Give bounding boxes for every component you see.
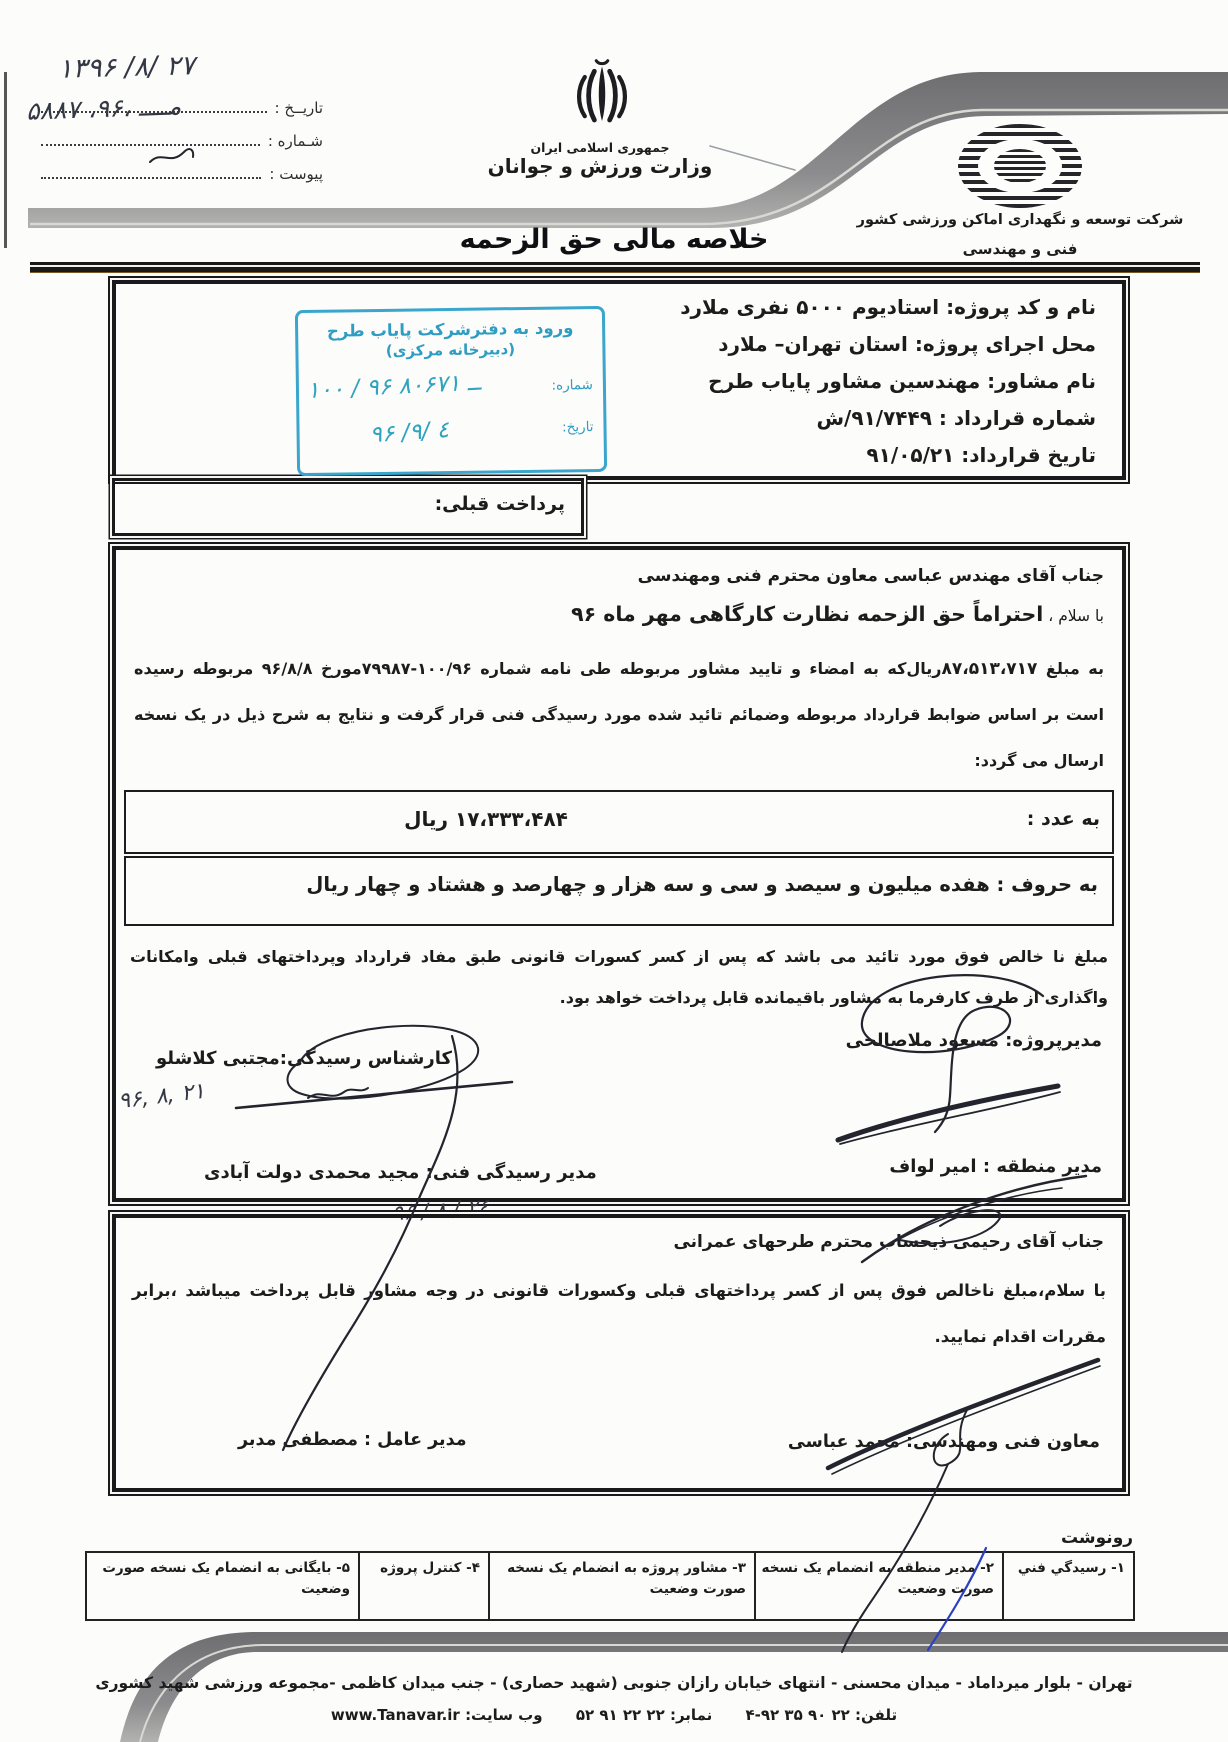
project-name-line: نام و کد پروژه: استادیوم ۵۰۰۰ نفری ملارد bbox=[116, 289, 1122, 326]
amount-words-label: به حروف : bbox=[990, 873, 1098, 896]
finance-addressee: جناب آقای رحیمی ذیحساب محترم طرحهای عمرا… bbox=[673, 1232, 1104, 1252]
title-divider bbox=[30, 262, 1200, 274]
attachment-row: پیوست : bbox=[35, 150, 323, 183]
letter-subject-line: با سلام ، احتراماً حق الزحمه نظارت کارگا… bbox=[571, 602, 1104, 626]
footer-contact: تلفن: ۴-۹۲ ۳۵ ۹۰ ۲۲ نمابر: ۵۲ ۹۱ ۲۲ ۲۲ و… bbox=[164, 1706, 1064, 1724]
ceo-signature-label: مدیر عامل : مصطفی مدبر bbox=[238, 1430, 467, 1450]
footer-web: وب سایت: www.Tanavar.ir bbox=[331, 1706, 543, 1724]
main-letter-box: جناب آقای مهندس عباسی معاون محترم فنی وم… bbox=[112, 546, 1126, 1202]
scan-edge-line bbox=[4, 72, 7, 248]
web-value: www.Tanavar.ir bbox=[331, 1706, 460, 1724]
letter-body: به مبلغ ۸۷،۵۱۳،۷۱۷ریال‌که به امضاء و تای… bbox=[134, 646, 1104, 784]
finance-box: جناب آقای رحیمی ذیحساب محترم طرحهای عمرا… bbox=[112, 1214, 1126, 1492]
review-expert-signature-label: کارشناس رسیدگی:مجتبی کلاشلو bbox=[156, 1048, 452, 1069]
project-info-box: نام و کد پروژه: استادیوم ۵۰۰۰ نفری ملارد… bbox=[112, 280, 1126, 480]
deputy-signature-label: معاون فنی ومهندسی: محمد عباسی bbox=[788, 1432, 1100, 1452]
amount-words-line: به حروف : هفده میلیون و سیصد و سی و سه ه… bbox=[126, 858, 1112, 896]
attachment-label: پیوست : bbox=[269, 165, 323, 183]
pencil-mark bbox=[710, 146, 795, 170]
phone-label: تلفن: bbox=[855, 1706, 897, 1724]
handwritten-date: ۱۳۹۶ /۸/ ۲۷ bbox=[58, 50, 196, 85]
payment-note: مبلغ نا خالص فوق مورد تائید می باشد که پ… bbox=[130, 936, 1108, 1018]
handwritten-number: مــــ ،۹۶، ۵۸۸۷ bbox=[26, 91, 182, 125]
number-label: شـماره : bbox=[268, 132, 323, 150]
footer-fax: نمابر: ۵۲ ۹۱ ۲۲ ۲۲ bbox=[571, 1706, 713, 1724]
ministry-name: وزارت ورزش و جوانان bbox=[480, 154, 720, 178]
attachment-dotted-line bbox=[41, 176, 261, 179]
project-location-line: محل اجرای پروژه: استان تهران– ملارد bbox=[116, 326, 1122, 363]
cc-item-5: ۵- بایگانی به انضمام یک نسخه صورت وضعیت bbox=[87, 1553, 358, 1619]
company-logo-core bbox=[994, 149, 1046, 183]
phone-value: ۴-۹۲ ۳۵ ۹۰ ۲۲ bbox=[746, 1706, 850, 1724]
amount-words-value: هفده میلیون و سیصد و سی و سه هزار و چهار… bbox=[306, 873, 989, 896]
entry-stamp: ورود به دفترشرکت پایاب طرح (دبیرخانه مرک… bbox=[295, 306, 607, 476]
document-title: خلاصه مالی حق الزحمه bbox=[314, 224, 914, 255]
fax-label: نمابر: bbox=[670, 1706, 712, 1724]
project-manager-signature-label: مدیرپروژه: مسعود ملاصالحی bbox=[846, 1030, 1102, 1051]
iran-emblem-icon bbox=[556, 56, 648, 142]
amount-numeric-label: به عدد : bbox=[1027, 808, 1100, 830]
cc-item-4: ۴- کنترل پروژه bbox=[358, 1553, 488, 1619]
fax-value: ۵۲ ۹۱ ۲۲ ۲۲ bbox=[576, 1706, 665, 1724]
web-label: وب سایت: bbox=[465, 1706, 543, 1724]
stamp-line1: ورود به دفترشرکت پایاب طرح bbox=[298, 318, 602, 341]
previous-payment-box: پرداخت قبلی: bbox=[112, 478, 584, 536]
emblem-caption: جمهوری اسلامی ایران bbox=[510, 140, 690, 155]
letter-subject: احتراماً حق الزحمه نظارت کارگاهی مهر ماه… bbox=[571, 602, 1043, 626]
stamp-number-label: شماره: bbox=[551, 377, 593, 394]
date-label: تاریــخ : bbox=[275, 99, 323, 117]
amount-words-box: به حروف : هفده میلیون و سیصد و سی و سه ه… bbox=[124, 856, 1114, 926]
bottom-swoosh-highlight bbox=[140, 1645, 1228, 1742]
company-logo-icon bbox=[958, 124, 1082, 208]
cc-item-3: ۳- مشاور پروژه به انضمام یک نسخه صورت وض… bbox=[488, 1553, 754, 1619]
cc-label: رونوشت bbox=[1032, 1528, 1162, 1548]
region-manager-signature-label: مدیر منطقه : امیر لواف bbox=[889, 1156, 1102, 1177]
finance-body: با سلام،مبلغ ناخالص فوق پس از کسر پرداخت… bbox=[132, 1268, 1106, 1360]
gross-amount-inline: ۸۷،۵۱۳،۷۱۷ bbox=[942, 659, 1038, 679]
footer-phone: تلفن: ۴-۹۲ ۳۵ ۹۰ ۲۲ bbox=[740, 1706, 897, 1724]
letter-addressee: جناب آقای مهندس عباسی معاون محترم فنی وم… bbox=[638, 566, 1104, 586]
number-dotted-line bbox=[41, 143, 260, 146]
contract-date-line: تاریخ قرارداد: ۹۱/۰۵/۲۱ bbox=[116, 437, 1122, 474]
cc-item-2: ۲- مدیر منطقه به انضمام یک نسخه صورت وضع… bbox=[754, 1553, 1002, 1619]
stamp-number-value: ۱۰۰ / ۹۶ ــ ۸۰۶۷۱ bbox=[306, 370, 481, 404]
consultant-name-line: نام مشاور: مهندسین مشاور پایاب طرح bbox=[116, 363, 1122, 400]
stamp-date-label: تاریخ: bbox=[562, 419, 594, 435]
document-page: تاریــخ : شـماره : پیوست : ۱۳۹۶ /۸/ ۲۷ م… bbox=[0, 0, 1228, 1742]
contract-number-line: شماره قرارداد : ۹۱/۷۴۴۹/ش bbox=[116, 400, 1122, 437]
stamp-date-value: ۹۶ /۹/ ٤ bbox=[369, 417, 450, 448]
cc-item-1: ۱- رسیدگي فني bbox=[1002, 1553, 1133, 1619]
footer-address: تهران - بلوار میرداماد - میدان محسنی - ا… bbox=[64, 1674, 1164, 1692]
stamp-line2: (دبیرخانه مرکزی) bbox=[298, 339, 602, 361]
cc-table: ۱- رسیدگي فني ۲- مدیر منطقه به انضمام یک… bbox=[85, 1551, 1135, 1621]
amount-numeric-box: به عدد : ۱۷،۳۳۳،۴۸۴ ریال bbox=[124, 790, 1114, 854]
technical-review-manager-signature-label: مدیر رسیدگی فنی: مجید محمدی دولت آبادی bbox=[204, 1162, 597, 1183]
body-prefix: به مبلغ bbox=[1037, 659, 1104, 678]
review-expert-handwritten-date: ۹۶, ۸, ۲۱ bbox=[117, 1079, 206, 1114]
letter-salutation: با سلام ، bbox=[1043, 607, 1104, 625]
previous-payment-label: پرداخت قبلی: bbox=[115, 481, 581, 515]
amount-numeric-value: ۱۷،۳۳۳،۴۸۴ ریال bbox=[296, 807, 676, 831]
